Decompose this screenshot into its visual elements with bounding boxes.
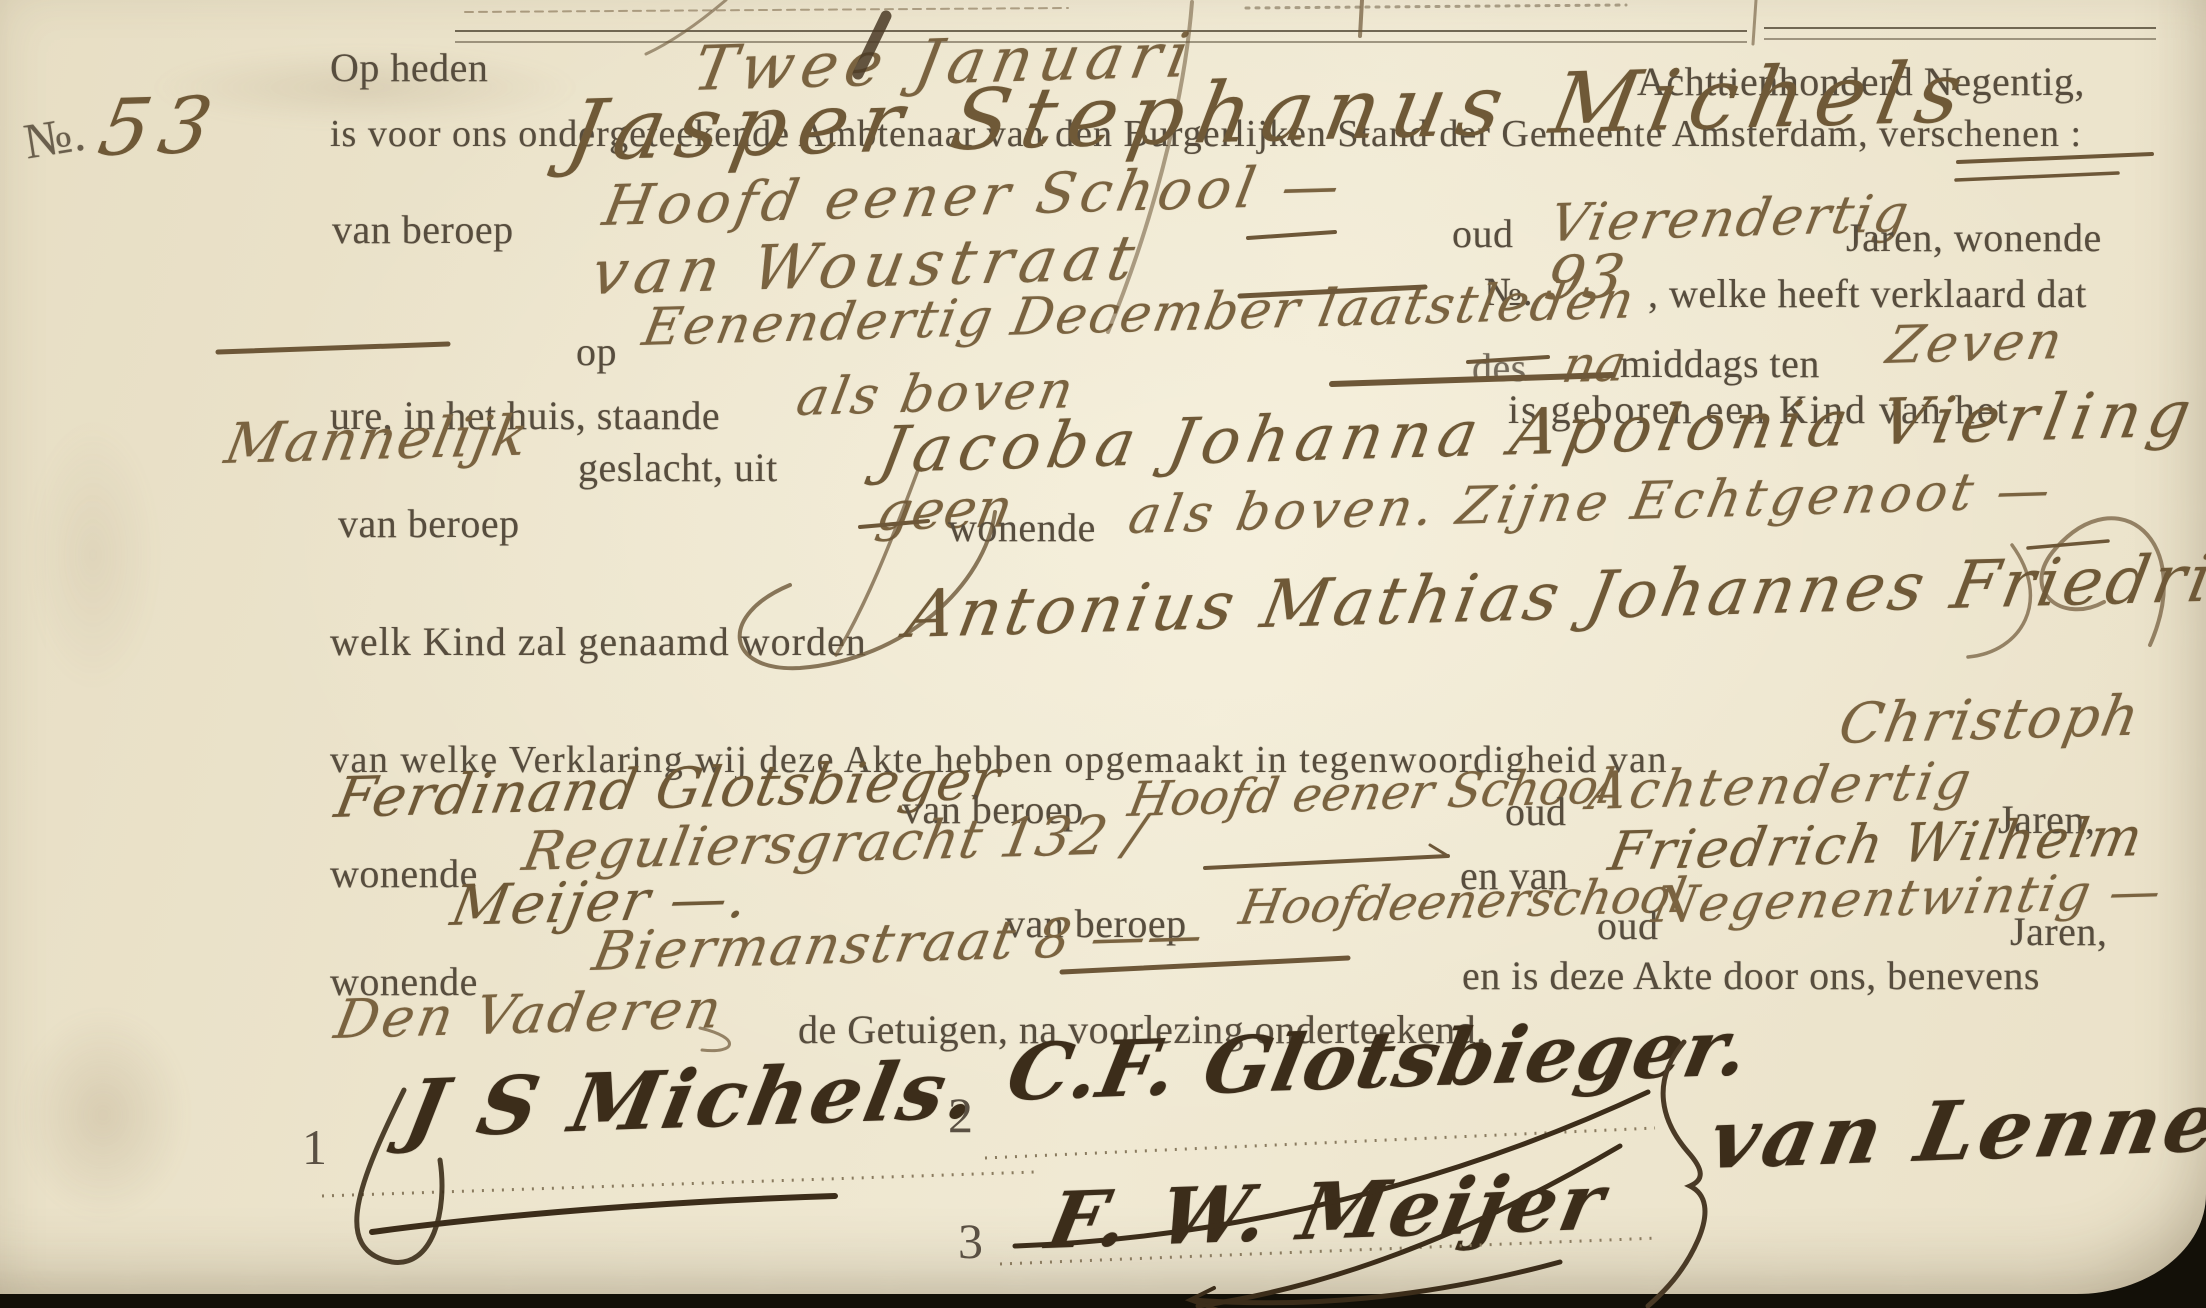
label-van-beroep-1: van beroep <box>332 206 514 253</box>
birth-hour: Zeven <box>1882 311 2070 376</box>
label-middags-ten: middags ten <box>1620 340 1820 387</box>
label-verklaard: , welke heeft verklaard dat <box>1648 270 2087 317</box>
label-des: des <box>1472 344 1527 391</box>
label-akte-benevens: en is deze Akte door ons, benevens <box>1462 952 2040 999</box>
child-name: Antonius Mathias Johannes Friedrich <box>900 537 2206 653</box>
label-oud-1: oud <box>1452 210 1514 257</box>
register-page: №. 53 Op heden Twee Januari Achttienhond… <box>0 0 2206 1294</box>
label-oud-2: oud <box>1505 788 1567 835</box>
signature-number-1: 1 <box>302 1118 327 1176</box>
form-rule-right <box>1764 27 2156 40</box>
scan-backdrop: №. 53 Op heden Twee Januari Achttienhond… <box>0 0 2206 1308</box>
signature-declarant: J S Michels. <box>398 1042 988 1156</box>
label-op: op <box>576 328 617 375</box>
bleedthrough-smudge <box>18 1010 188 1220</box>
father-note: Den Vaderen <box>330 977 729 1051</box>
signature-registrar: van Lennet <box>1702 1073 2206 1188</box>
signature-number-2: 2 <box>948 1086 973 1144</box>
label-van-beroep-2: van beroep <box>338 500 520 547</box>
witness1-name-part1: Christoph <box>1834 684 2146 757</box>
label-geslacht-uit: geslacht, uit <box>578 444 778 491</box>
signature-number-3: 3 <box>958 1212 983 1270</box>
child-gender: Mannelijk <box>220 404 535 477</box>
label-op-heden: Op heden <box>330 44 488 91</box>
bleedthrough-smudge <box>28 420 158 690</box>
margin-number-label: №. <box>20 104 90 171</box>
label-naming: welk Kind zal genaamd worden <box>330 618 867 665</box>
signature-witness2: F. W. Meijer <box>1040 1157 1614 1267</box>
record-number: 53 <box>92 81 229 174</box>
label-jaren-wonende: Jaren, wonende <box>1846 214 2102 261</box>
label-jaren-2: Jaren, <box>2010 908 2107 955</box>
label-wonende-1: wonende <box>948 504 1096 551</box>
